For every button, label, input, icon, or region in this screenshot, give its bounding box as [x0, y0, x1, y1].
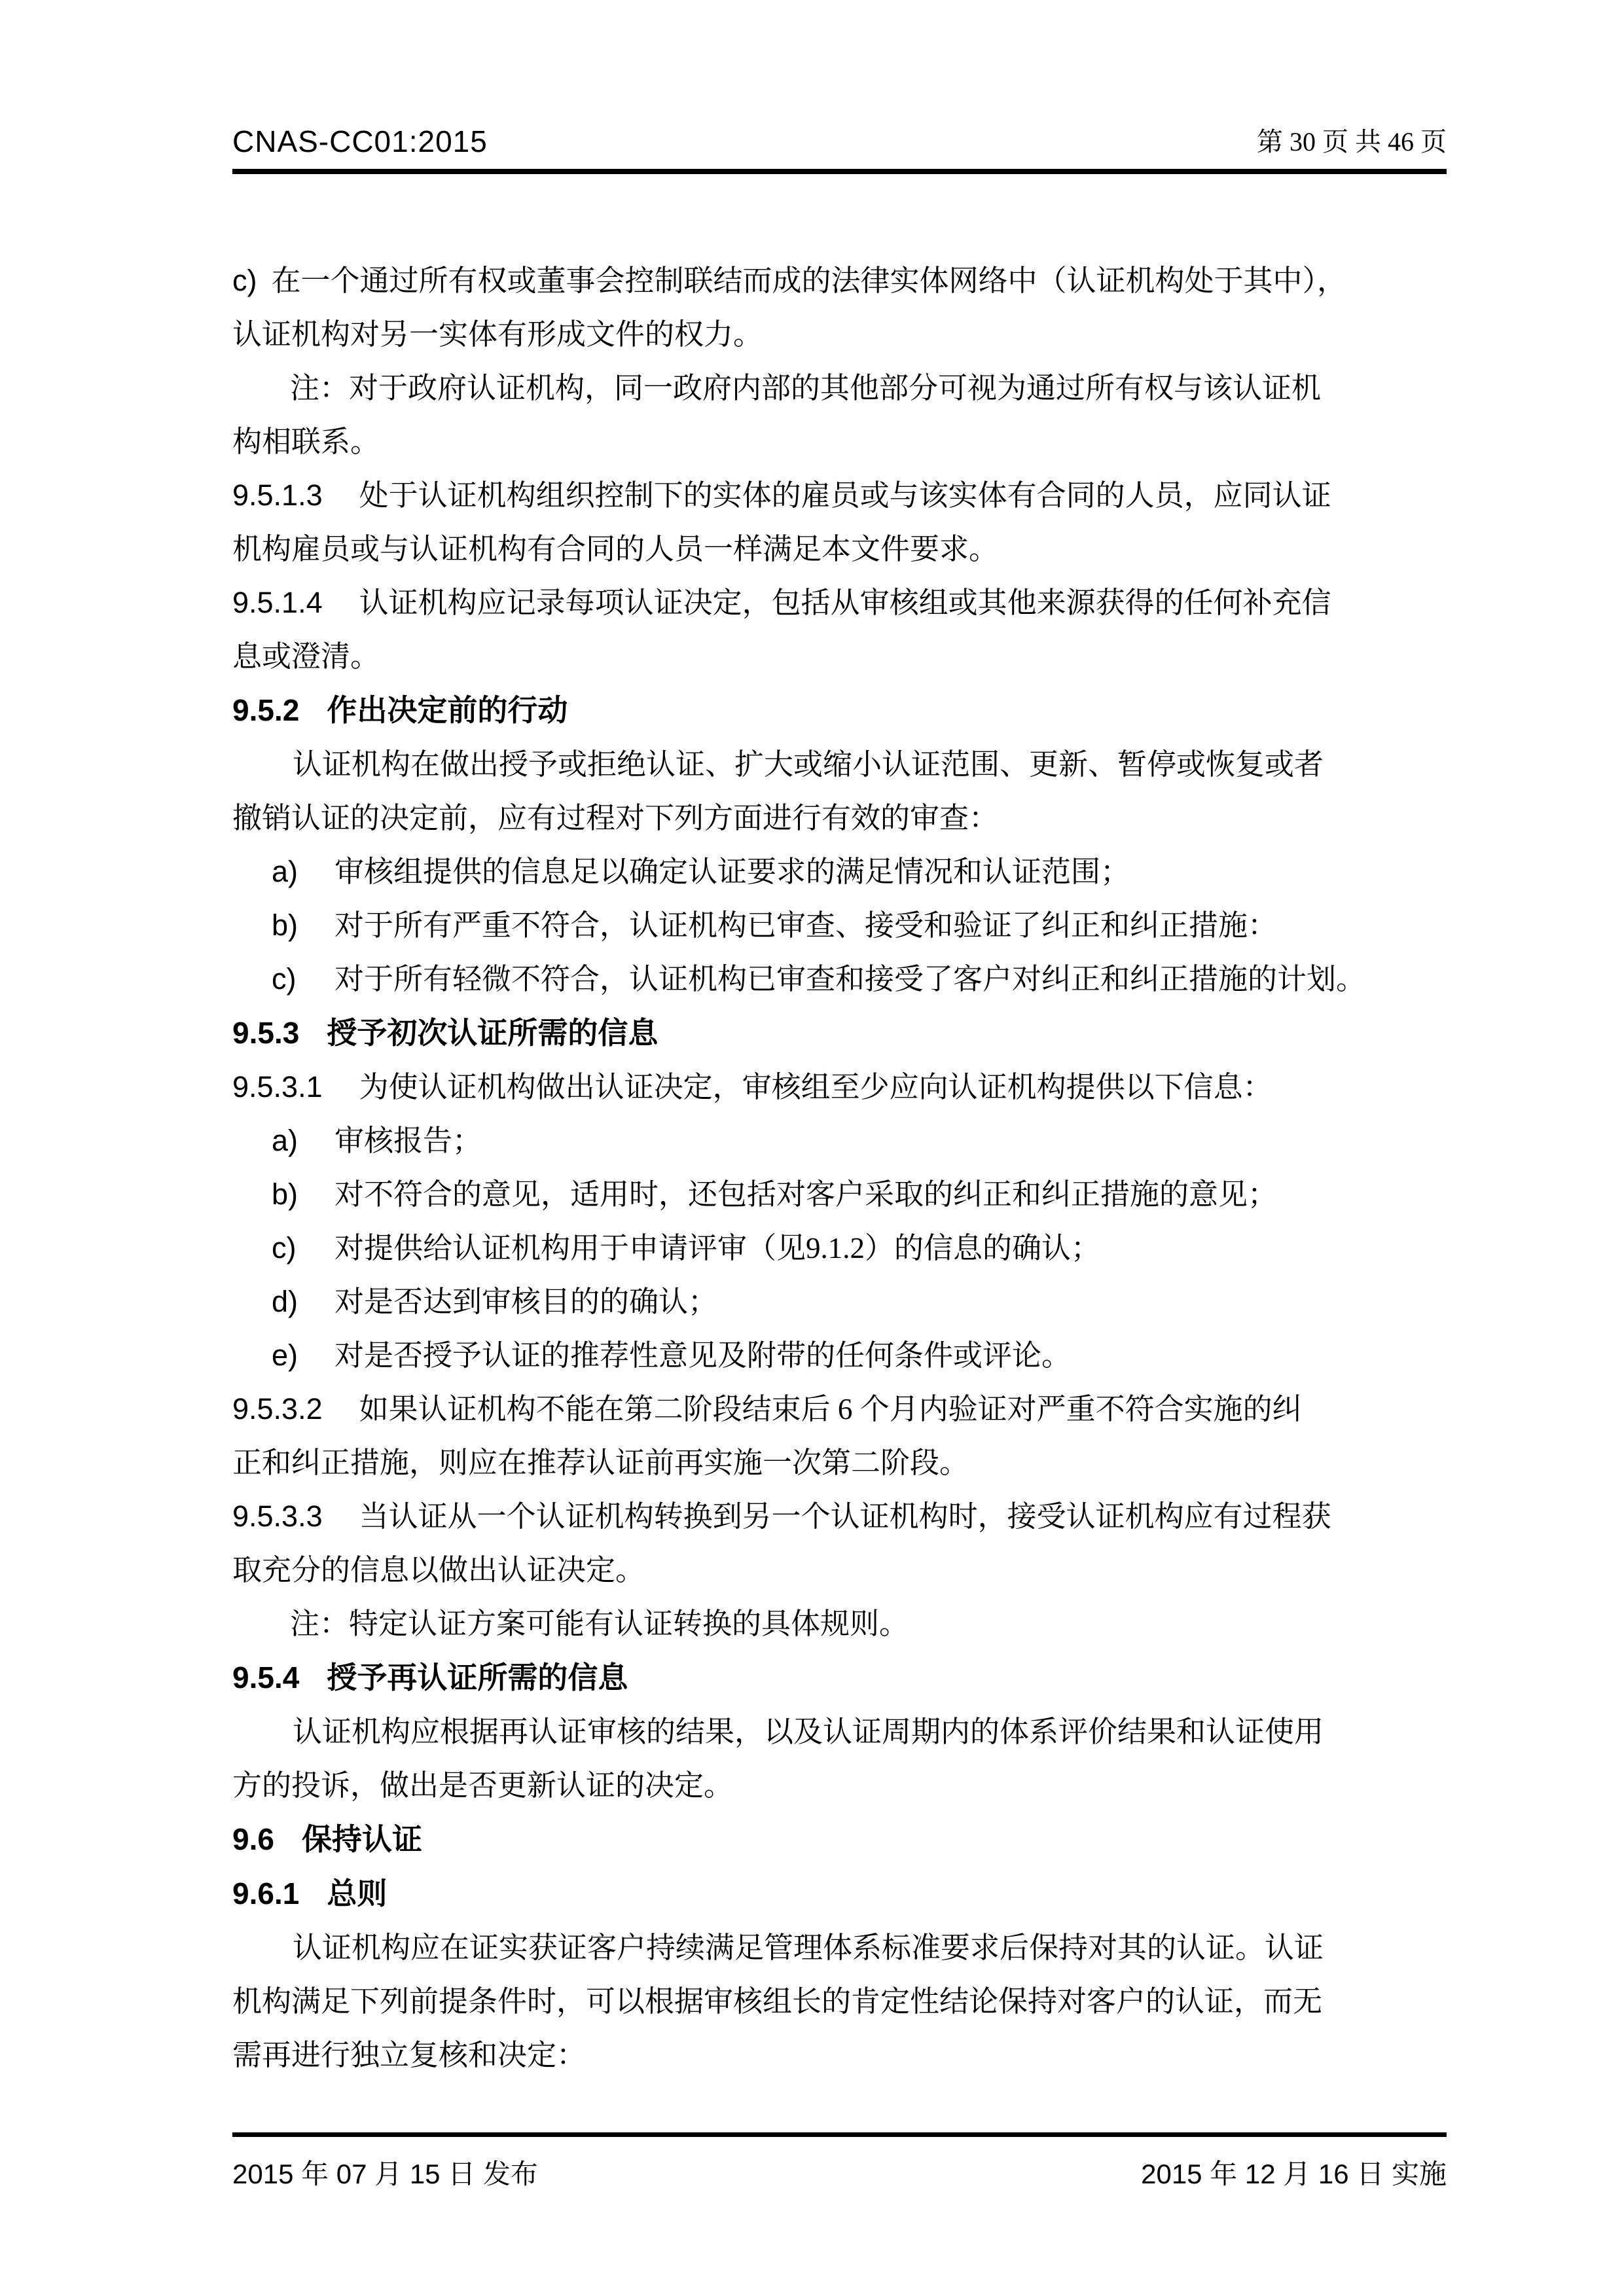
heading-number: 9.5.4	[232, 1660, 299, 1695]
clause-text: 为使认证机构做出认证决定，审核组至少应向认证机构提供以下信息：	[359, 1071, 1272, 1103]
heading-number: 9.6.1	[232, 1876, 299, 1910]
paragraph-recertification: 认证机构应根据再认证审核的结果，以及认证周期内的体系评价结果和认证使用 方的投诉…	[232, 1705, 1447, 1812]
list-marker-c: c)	[232, 264, 257, 297]
list-item-c: c)对于所有轻微不符合，认证机构已审查和接受了客户对纠正和纠正措施的计划。	[232, 952, 1447, 1006]
clause-number: 9.5.1.4	[232, 586, 323, 619]
clause-9-5-1-4: 9.5.1.4认证机构应记录每项认证决定，包括从审核组或其他来源获得的任何补充信…	[232, 576, 1447, 683]
heading-number: 9.6	[232, 1822, 274, 1856]
list-item-text: 对不符合的意见，适用时，还包括对客户采取的纠正和纠正措施的意见；	[334, 1178, 1277, 1211]
page-number-info: 第 30 页 共 46 页	[1257, 126, 1447, 158]
list-marker-c: c)	[272, 952, 334, 1006]
heading-title: 保持认证	[302, 1823, 422, 1856]
page-header: CNAS-CC01:2015 第 30 页 共 46 页	[232, 124, 1447, 174]
list-marker-b: b)	[272, 899, 334, 952]
list-item-text: 对于所有严重不符合，认证机构已审查、接受和验证了纠正和纠正措施：	[334, 909, 1277, 942]
heading-title: 授予初次认证所需的信息	[327, 1016, 658, 1050]
clause-text: 处于认证机构组织控制下的实体的雇员或与该实体有合同的人员，应同认证 机构雇员或与…	[232, 479, 1331, 565]
list-marker-d: d)	[272, 1275, 334, 1329]
heading-title: 作出决定前的行动	[327, 694, 568, 727]
heading-title: 授予再认证所需的信息	[327, 1661, 628, 1695]
list-marker-c: c)	[272, 1221, 334, 1275]
heading-9-5-4: 9.5.4授予再认证所需的信息	[232, 1651, 1447, 1705]
clause-9-5-3-2: 9.5.3.2如果认证机构不能在第二阶段结束后 6 个月内验证对严重不符合实施的…	[232, 1382, 1447, 1490]
document-page: CNAS-CC01:2015 第 30 页 共 46 页 c)在一个通过所有权或…	[0, 0, 1624, 2296]
clause-text: 如果认证机构不能在第二阶段结束后 6 个月内验证对严重不符合实施的纠 正和纠正措…	[232, 1393, 1302, 1479]
clause-number: 9.5.3.2	[232, 1392, 323, 1426]
clause-number: 9.5.1.3	[232, 478, 323, 512]
list-item-text: 审核组提供的信息足以确定认证要求的满足情况和认证范围；	[334, 855, 1130, 888]
heading-number: 9.5.2	[232, 693, 299, 727]
heading-title: 总则	[327, 1877, 387, 1910]
clause-text: 当认证从一个认证机构转换到另一个认证机构时，接受认证机构应有过程获 取充分的信息…	[232, 1500, 1331, 1587]
list-marker-a: a)	[272, 1114, 334, 1168]
list-item-e: e)对是否授予认证的推荐性意见及附带的任何条件或评论。	[232, 1329, 1447, 1382]
clause-9-5-1-3: 9.5.1.3处于认证机构组织控制下的实体的雇员或与该实体有合同的人员，应同认证…	[232, 469, 1447, 576]
paragraph-c-legal-entity: c)在一个通过所有权或董事会控制联结而成的法律实体网络中（认证机构处于其中）， …	[232, 254, 1447, 361]
document-body: c)在一个通过所有权或董事会控制联结而成的法律实体网络中（认证机构处于其中）， …	[232, 254, 1447, 2082]
heading-number: 9.5.3	[232, 1016, 299, 1050]
list-marker-b: b)	[272, 1168, 334, 1221]
clause-text: 认证机构应记录每项认证决定，包括从审核组或其他来源获得的任何补充信 息或澄清。	[232, 586, 1331, 673]
document-code: CNAS-CC01:2015	[232, 124, 488, 158]
clause-9-5-3-1: 9.5.3.1为使认证机构做出认证决定，审核组至少应向认证机构提供以下信息：	[232, 1060, 1447, 1114]
clause-9-5-3-3: 9.5.3.3当认证从一个认证机构转换到另一个认证机构时，接受认证机构应有过程获…	[232, 1490, 1447, 1597]
list-item-a: a)审核报告；	[232, 1114, 1447, 1168]
list-item-b: b)对于所有严重不符合，认证机构已审查、接受和验证了纠正和纠正措施：	[232, 899, 1447, 952]
clause-number: 9.5.3.3	[232, 1499, 323, 1533]
list-item-text: 对是否达到审核目的的确认；	[334, 1285, 717, 1318]
heading-9-6: 9.6保持认证	[232, 1812, 1447, 1867]
heading-9-6-1: 9.6.1总则	[232, 1867, 1447, 1921]
list-item-d: d)对是否达到审核目的的确认；	[232, 1275, 1447, 1329]
paragraph-text: 在一个通过所有权或董事会控制联结而成的法律实体网络中（认证机构处于其中）， 认证…	[232, 264, 1346, 351]
note-government-bodies: 注：对于政府认证机构，同一政府内部的其他部分可视为通过所有权与该认证机 构相联系…	[232, 361, 1447, 469]
list-item-text: 对是否授予认证的推荐性意见及附带的任何条件或评论。	[334, 1339, 1071, 1372]
list-item-b: b)对不符合的意见，适用时，还包括对客户采取的纠正和纠正措施的意见；	[232, 1168, 1447, 1221]
list-marker-e: e)	[272, 1329, 334, 1382]
list-item-text: 对提供给认证机构用于申请评审（见9.1.2）的信息的确认；	[334, 1232, 1100, 1265]
list-marker-a: a)	[272, 845, 334, 899]
paragraph-maintaining-certification: 认证机构应在证实获证客户持续满足管理体系标准要求后保持对其的认证。认证 机构满足…	[232, 1921, 1447, 2082]
list-item-text: 审核报告；	[334, 1124, 482, 1157]
list-item-c: c)对提供给认证机构用于申请评审（见9.1.2）的信息的确认；	[232, 1221, 1447, 1275]
heading-9-5-2: 9.5.2作出决定前的行动	[232, 683, 1447, 738]
note-transfer-rules: 注：特定认证方案可能有认证转换的具体规则。	[232, 1597, 1447, 1651]
page-footer: 2015 年 07 月 15 日 发布 2015 年 12 月 16 日 实施	[232, 2132, 1447, 2192]
list-item-text: 对于所有轻微不符合，认证机构已审查和接受了客户对纠正和纠正措施的计划。	[334, 963, 1365, 996]
paragraph-decision-review: 认证机构在做出授予或拒绝认证、扩大或缩小认证范围、更新、暂停或恢复或者 撤销认证…	[232, 738, 1447, 845]
issue-date: 2015 年 07 月 15 日 发布	[232, 2153, 538, 2192]
clause-number: 9.5.3.1	[232, 1070, 323, 1103]
implementation-date: 2015 年 12 月 16 日 实施	[1141, 2153, 1447, 2192]
heading-9-5-3: 9.5.3授予初次认证所需的信息	[232, 1006, 1447, 1060]
list-item-a: a)审核组提供的信息足以确定认证要求的满足情况和认证范围；	[232, 845, 1447, 899]
